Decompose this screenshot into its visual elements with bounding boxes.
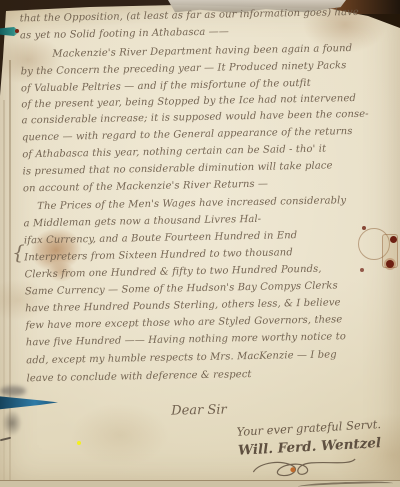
- handwriting-line: have three Hundred Pounds Sterling, othe…: [25, 296, 399, 315]
- flourish-ink-dot: [290, 467, 295, 472]
- handwriting-line: as yet no Solid footing in Athabasca ——: [20, 23, 394, 42]
- handwriting-line: is presumed that no considerable diminut…: [22, 159, 396, 178]
- handwriting-line: quence — with regard to the General appe…: [22, 125, 396, 144]
- handwriting-line: few have more except those who are Style…: [25, 313, 399, 332]
- handwriting-line: The Prices of the Men's Wages have incre…: [37, 194, 400, 213]
- handwriting-line: a considerable increase; it is supposed …: [22, 108, 396, 127]
- handwriting-block: that the Opposition, (at least as far as…: [0, 0, 400, 487]
- handwriting-line: a Middleman gets now a thousand Livres H…: [23, 211, 397, 230]
- handwriting-line: by the Concern the preceding year — It P…: [21, 59, 395, 78]
- handwriting-line: on account of the Mackenzie's River Retu…: [23, 176, 397, 195]
- salutation: Dear Sir: [171, 403, 227, 419]
- handwriting-line: Mackenzie's River Department having been…: [52, 42, 400, 61]
- handwriting-line: Same Currency — Some of the Hudson's Bay…: [25, 279, 399, 298]
- handwriting-line: Interpreters from Sixteen Hundred to two…: [24, 245, 398, 264]
- handwriting-line: have five Hundred —— Having nothing more…: [26, 330, 400, 349]
- handwriting-line: Clerks from one Hundred & fifty to two H…: [24, 262, 398, 281]
- handwriting-line: of Athabasca this year, nothing certain …: [22, 142, 396, 161]
- document-photo: { that the Opposition, (at least as far …: [0, 0, 400, 487]
- handwriting-line: ifax Currency, and a Boute Fourteen Hund…: [24, 228, 398, 247]
- handwriting-line: leave to conclude with deference & respe…: [26, 366, 400, 385]
- signature-flourish: [249, 454, 359, 480]
- handwriting-line: add, except my humble respects to Mrs. M…: [26, 348, 400, 367]
- handwriting-line: that the Opposition, (at least as far as…: [20, 6, 394, 25]
